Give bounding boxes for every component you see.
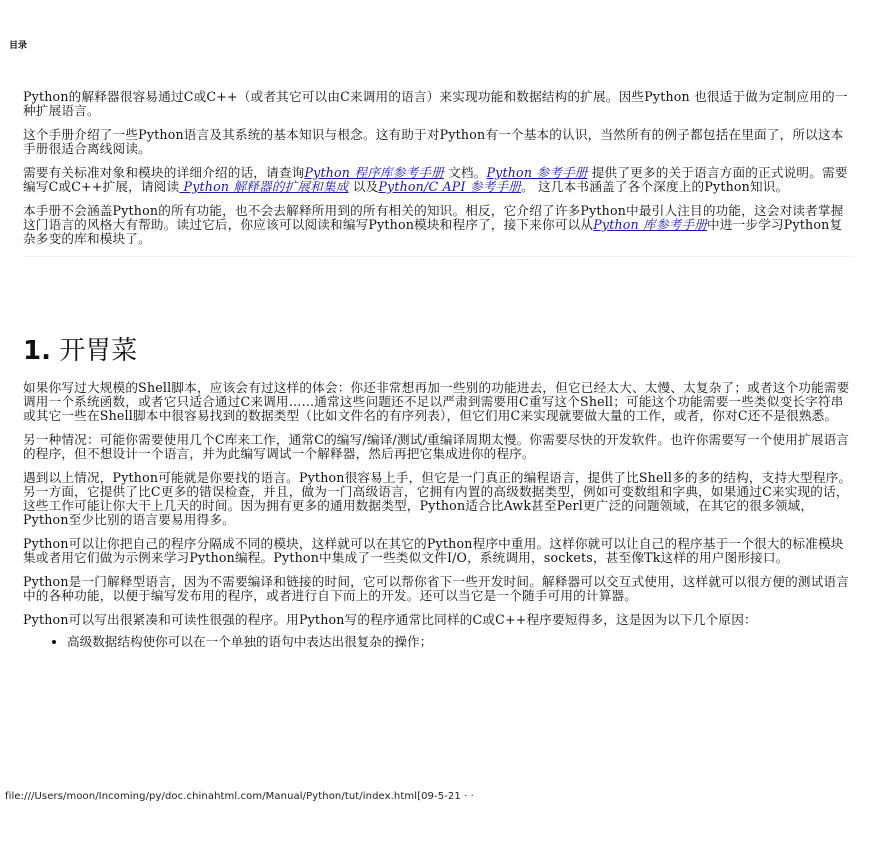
section-title: 开胃菜 [59,336,137,366]
intro-paragraph-1: Python的解释器很容易通过C或C++（或者其它可以由C来调用的语言）来实现功… [23,90,855,118]
text: 需要有关标准对象和模块的详细介绍的话，请查询 [23,165,304,180]
list-item: 高级数据结构使你可以在一个单独的语句中表达出很复杂的操作； [67,635,855,649]
intro-paragraph-4: 本手册不会涵盖Python的所有功能，也不会去解释所用到的所有相关的知识。相反，… [23,204,855,246]
text: 以及 [349,179,379,194]
extending-embedding-link[interactable]: Python 解释器的扩展和集成 [179,179,348,194]
language-reference-link[interactable]: Python 参考手册 [486,165,587,180]
section-number: 1. [23,336,51,366]
toc-label[interactable]: 目录 [9,38,27,51]
text: 文档。 [444,165,487,180]
section-paragraph-4: Python可以让你把自己的程序分隔成不同的模块，这样就可以在其它的Python… [23,537,855,565]
text: 。 这几本书涵盖了各个深度上的Python知识。 [521,179,788,194]
section-paragraph-5: Python是一门解释型语言，因为不需要编译和链接的时间，它可以帮你省下一些开发… [23,575,855,603]
section-body: 如果你写过大规模的Shell脚本，应该会有过这样的体会：你还非常想再加一些别的功… [23,381,855,649]
library-reference-link-2[interactable]: Python 库参考手册 [593,217,707,232]
intro-section: Python的解释器很容易通过C或C++（或者其它可以由C来调用的语言）来实现功… [23,90,855,257]
section-paragraph-3: 遇到以上情况，Python可能就是你要找的语言。Python很容易上手，但它是一… [23,471,855,527]
footer-url: file:///Users/moon/Incoming/py/doc.china… [5,791,474,802]
c-api-reference-link[interactable]: Python/C API 参考手册 [378,179,521,194]
section-paragraph-1: 如果你写过大规模的Shell脚本，应该会有过这样的体会：你还非常想再加一些别的功… [23,381,855,423]
section-heading: 1. 开胃菜 [23,330,137,367]
reasons-list: 高级数据结构使你可以在一个单独的语句中表达出很复杂的操作； [23,635,855,649]
section-paragraph-6: Python可以写出很紧凑和可读性很强的程序。用Python写的程序通常比同样的… [23,613,855,627]
divider [23,256,855,257]
intro-paragraph-3: 需要有关标准对象和模块的详细介绍的话，请查询Python 程序库参考手册 文档。… [23,166,855,194]
section-paragraph-2: 另一种情况：可能你需要使用几个C库来工作，通常C的编写/编译/测试/重编译周期太… [23,433,855,461]
library-reference-link[interactable]: Python 程序库参考手册 [304,165,443,180]
intro-paragraph-2: 这个手册介绍了一些Python语言及其系统的基本知识与根念。这有助于对Pytho… [23,128,855,156]
